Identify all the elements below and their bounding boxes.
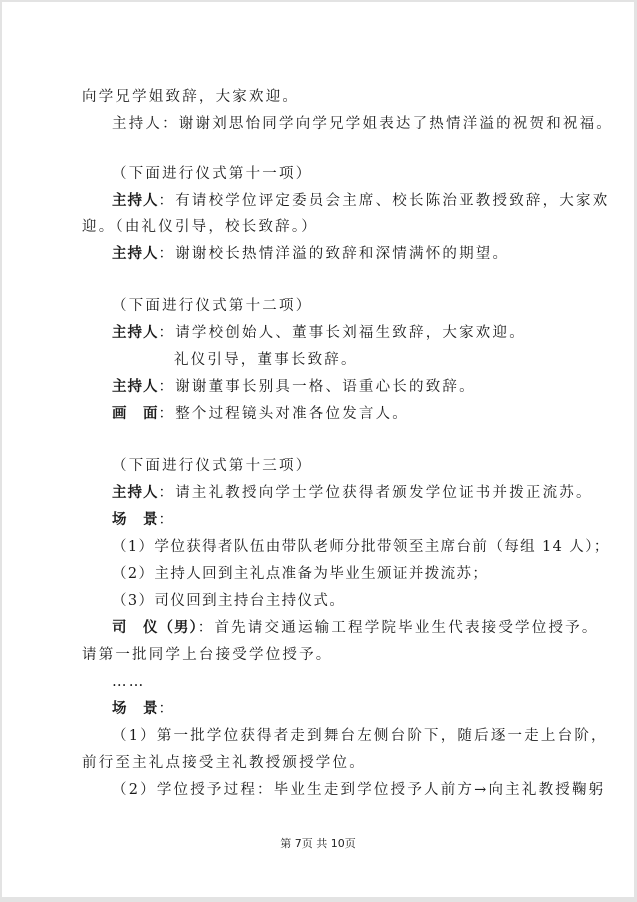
line-text: ： xyxy=(159,512,176,528)
scene-label: 场 景 xyxy=(112,700,159,717)
paragraph-line: 向学兄学姐致辞，大家欢迎。 xyxy=(82,88,299,106)
line-text: 主持人：谢谢刘思怡同学向学兄学姐表达了热情洋溢的祝贺和祝福。 xyxy=(112,116,613,132)
speaker-label: 主持人 xyxy=(112,484,159,501)
speaker-label: 主持人 xyxy=(112,378,159,395)
line-text: （3）司仪回到主持台主持仪式。 xyxy=(112,593,345,609)
paragraph-line: 主持人：有请校学位评定委员会主席、校长陈治亚教授致辞，大家欢 xyxy=(112,192,609,210)
paragraph-line: 画 面：整个过程镜头对准各位发言人。 xyxy=(112,405,409,423)
line-text: ：谢谢校长热情洋溢的致辞和深情满怀的期望。 xyxy=(159,246,510,262)
document-page: 向学兄学姐致辞，大家欢迎。 主持人：谢谢刘思怡同学向学兄学姐表达了热情洋溢的祝贺… xyxy=(2,2,634,897)
line-text: 礼仪引导，董事长致辞。 xyxy=(174,352,358,368)
speaker-label: 司 仪（男） xyxy=(112,619,198,636)
paragraph-line: 主持人：谢谢校长热情洋溢的致辞和深情满怀的期望。 xyxy=(112,245,509,263)
paragraph-line: 前行至主礼点接受主礼教授颁授学位。 xyxy=(82,754,366,772)
line-text: 迎。（由礼仪引导，校长致辞。） xyxy=(82,219,318,235)
line-text: ：谢谢董事长别具一格、语重心长的致辞。 xyxy=(159,379,476,395)
paragraph-line: 主持人：请主礼教授向学士学位获得者颁发学位证书并拨正流苏。 xyxy=(112,484,593,502)
paragraph-line: 司 仪（男）：首先请交通运输工程学院毕业生代表接受学位授予。 xyxy=(112,619,599,637)
section-heading: （下面进行仪式第十二项） xyxy=(112,297,312,315)
line-text: （1）学位获得者队伍由带队老师分批带领至主席台前（每组 14 人）； xyxy=(112,539,610,555)
section-heading: （下面进行仪式第十三项） xyxy=(112,457,312,475)
line-text: 前行至主礼点接受主礼教授颁授学位。 xyxy=(82,755,366,771)
list-item: （1）学位获得者队伍由带队老师分批带领至主席台前（每组 14 人）； xyxy=(112,538,610,556)
paragraph-line: 主持人：谢谢董事长别具一格、语重心长的致辞。 xyxy=(112,378,476,396)
paragraph-line: 请第一批同学上台接受学位授予。 xyxy=(82,646,333,664)
line-text: （2）学位授予过程：毕业生走到学位授予人前方→向主礼教授鞠躬 xyxy=(112,782,605,798)
line-text: ：首先请交通运输工程学院毕业生代表接受学位授予。 xyxy=(198,620,599,636)
paragraph-line: 场 景： xyxy=(112,700,175,718)
page-number: 第 7页 共 10页 xyxy=(280,837,356,850)
line-text: ：请主礼教授向学士学位获得者颁发学位证书并拨正流苏。 xyxy=(159,485,593,501)
line-text: （下面进行仪式第十二项） xyxy=(112,298,312,314)
speaker-label: 主持人 xyxy=(112,192,159,209)
line-text: ：请学校创始人、董事长刘福生致辞，大家欢迎。 xyxy=(159,325,526,341)
page-footer: 第 7页 共 10页 xyxy=(2,835,634,851)
line-text: …… xyxy=(112,674,145,690)
line-text: ：整个过程镜头对准各位发言人。 xyxy=(159,406,410,422)
line-text: 请第一批同学上台接受学位授予。 xyxy=(82,647,333,663)
scene-label: 场 景 xyxy=(112,511,159,528)
scene-label: 画 面 xyxy=(112,405,159,422)
list-item: （1）第一批学位获得者走到舞台左侧台阶下，随后逐一走上台阶， xyxy=(112,727,608,745)
speaker-label: 主持人 xyxy=(112,245,159,262)
list-item: （2）主持人回到主礼点准备为毕业生颁证并拨流苏； xyxy=(112,565,488,583)
paragraph-line: 迎。（由礼仪引导，校长致辞。） xyxy=(82,218,318,236)
line-text: ：有请校学位评定委员会主席、校长陈治亚教授致辞，大家欢 xyxy=(159,193,610,209)
paragraph-line: 主持人：请学校创始人、董事长刘福生致辞，大家欢迎。 xyxy=(112,324,526,342)
list-item: （2）学位授予过程：毕业生走到学位授予人前方→向主礼教授鞠躬 xyxy=(112,781,605,799)
line-text: 向学兄学姐致辞，大家欢迎。 xyxy=(82,89,299,105)
line-text: （下面进行仪式第十一项） xyxy=(112,166,312,182)
paragraph-line: 主持人：谢谢刘思怡同学向学兄学姐表达了热情洋溢的祝贺和祝福。 xyxy=(112,115,613,133)
list-item: （3）司仪回到主持台主持仪式。 xyxy=(112,592,345,610)
line-text: （2）主持人回到主礼点准备为毕业生颁证并拨流苏； xyxy=(112,566,488,582)
ellipsis: …… xyxy=(112,673,145,691)
speaker-label: 主持人 xyxy=(112,324,159,341)
section-heading: （下面进行仪式第十一项） xyxy=(112,165,312,183)
line-text: （1）第一批学位获得者走到舞台左侧台阶下，随后逐一走上台阶， xyxy=(112,728,608,744)
paragraph-line: 礼仪引导，董事长致辞。 xyxy=(174,351,358,369)
line-text: （下面进行仪式第十三项） xyxy=(112,458,312,474)
line-text: ： xyxy=(159,701,176,717)
paragraph-line: 场 景： xyxy=(112,511,175,529)
